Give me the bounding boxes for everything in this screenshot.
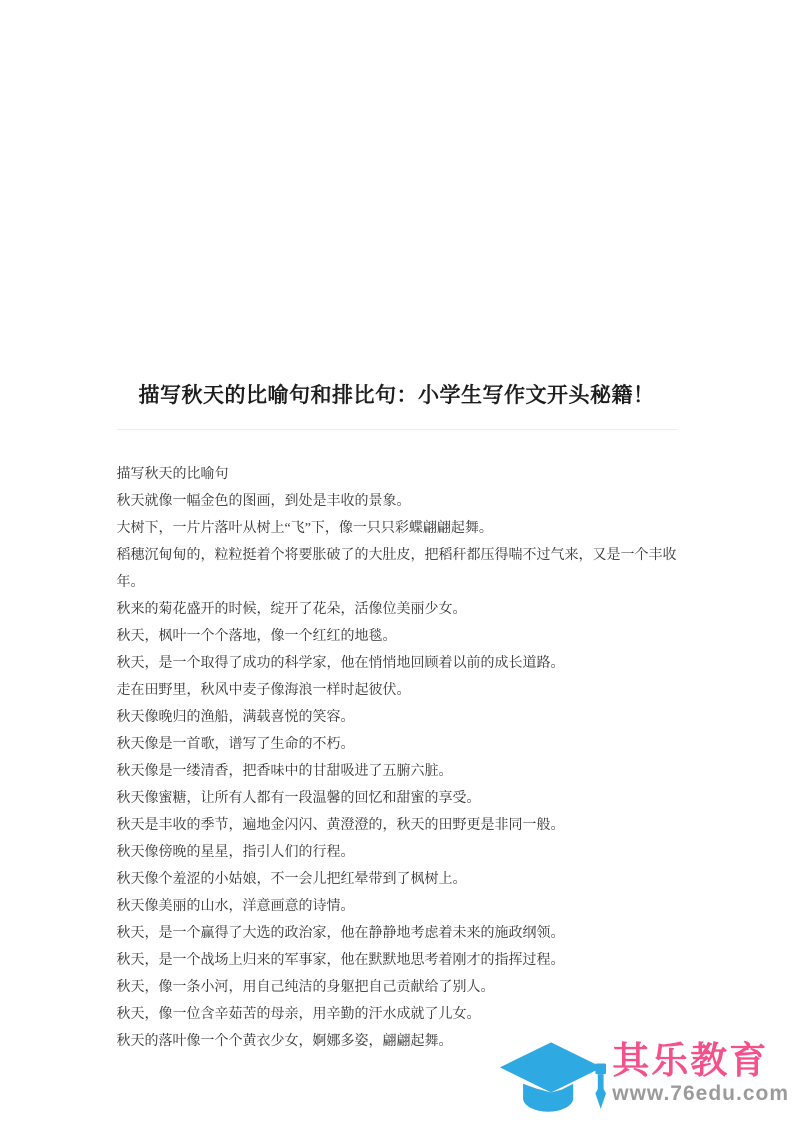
document-page: 描写秋天的比喻句和排比句：小学生写作文开头秘籍！ 描写秋天的比喻句 秋天就像一幅… [0,0,793,1122]
sentence: 秋天像蜜糖，让所有人都有一段温馨的回忆和甜蜜的享受。 [117,785,677,812]
brand-url: www.76edu.com [612,1082,789,1106]
article: 描写秋天的比喻句和排比句：小学生写作文开头秘籍！ 描写秋天的比喻句 秋天就像一幅… [117,0,677,1055]
sentence: 秋天就像一幅金色的图画，到处是丰收的景象。 [117,488,677,515]
sentence: 秋天，枫叶一个个落地，像一个红红的地毯。 [117,623,677,650]
sentence: 秋天，像一条小河，用自己纯洁的身躯把自己贡献给了别人。 [117,974,677,1001]
sentence: 秋天像傍晚的星星，指引人们的行程。 [117,839,677,866]
paragraph-list: 秋天就像一幅金色的图画，到处是丰收的景象。大树下，一片片落叶从树上“飞”下，像一… [117,488,677,1055]
sentence: 秋天是丰收的季节，遍地金闪闪、黄澄澄的，秋天的田野更是非同一般。 [117,812,677,839]
sentence: 秋天，是一个战场上归来的军事家，他在默默地思考着刚才的指挥过程。 [117,947,677,974]
sentence: 秋天，是一个赢得了大选的政治家，他在静静地考虑着未来的施政纲领。 [117,920,677,947]
sentence: 秋天像美丽的山水，洋意画意的诗情。 [117,893,677,920]
graduation-cap-icon [498,1041,606,1115]
section-heading: 描写秋天的比喻句 [117,461,677,488]
title-divider [117,429,677,430]
sentence: 稻穗沉甸甸的，粒粒挺着个将要胀破了的大肚皮，把稻秆都压得喘不过气来，又是一个丰收… [117,542,677,596]
sentence: 秋天像是一缕清香，把香味中的甘甜吸进了五腑六脏。 [117,758,677,785]
sentence: 秋天像个羞涩的小姑娘，不一会儿把红晕带到了枫树上。 [117,866,677,893]
logo-text: 其乐教育 www.76edu.com [612,1041,789,1106]
brand-name: 其乐教育 [612,1041,789,1081]
article-body: 描写秋天的比喻句 秋天就像一幅金色的图画，到处是丰收的景象。大树下，一片片落叶从… [117,461,677,1055]
sentence: 秋来的菊花盛开的时候，绽开了花朵，活像位美丽少女。 [117,596,677,623]
sentence: 大树下，一片片落叶从树上“飞”下，像一只只彩蝶翩翩起舞。 [117,515,677,542]
sentence: 秋天，是一个取得了成功的科学家，他在悄悄地回顾着以前的成长道路。 [117,650,677,677]
sentence: 走在田野里，秋风中麦子像海浪一样时起彼伏。 [117,677,677,704]
sentence: 秋天像晚归的渔船，满载喜悦的笑容。 [117,704,677,731]
page-title: 描写秋天的比喻句和排比句：小学生写作文开头秘籍！ [117,381,677,409]
sentence: 秋天像是一首歌，谱写了生命的不朽。 [117,731,677,758]
sentence: 秋天，像一位含辛茹苦的母亲，用辛勤的汗水成就了儿女。 [117,1001,677,1028]
site-logo: 其乐教育 www.76edu.com [498,1041,789,1115]
